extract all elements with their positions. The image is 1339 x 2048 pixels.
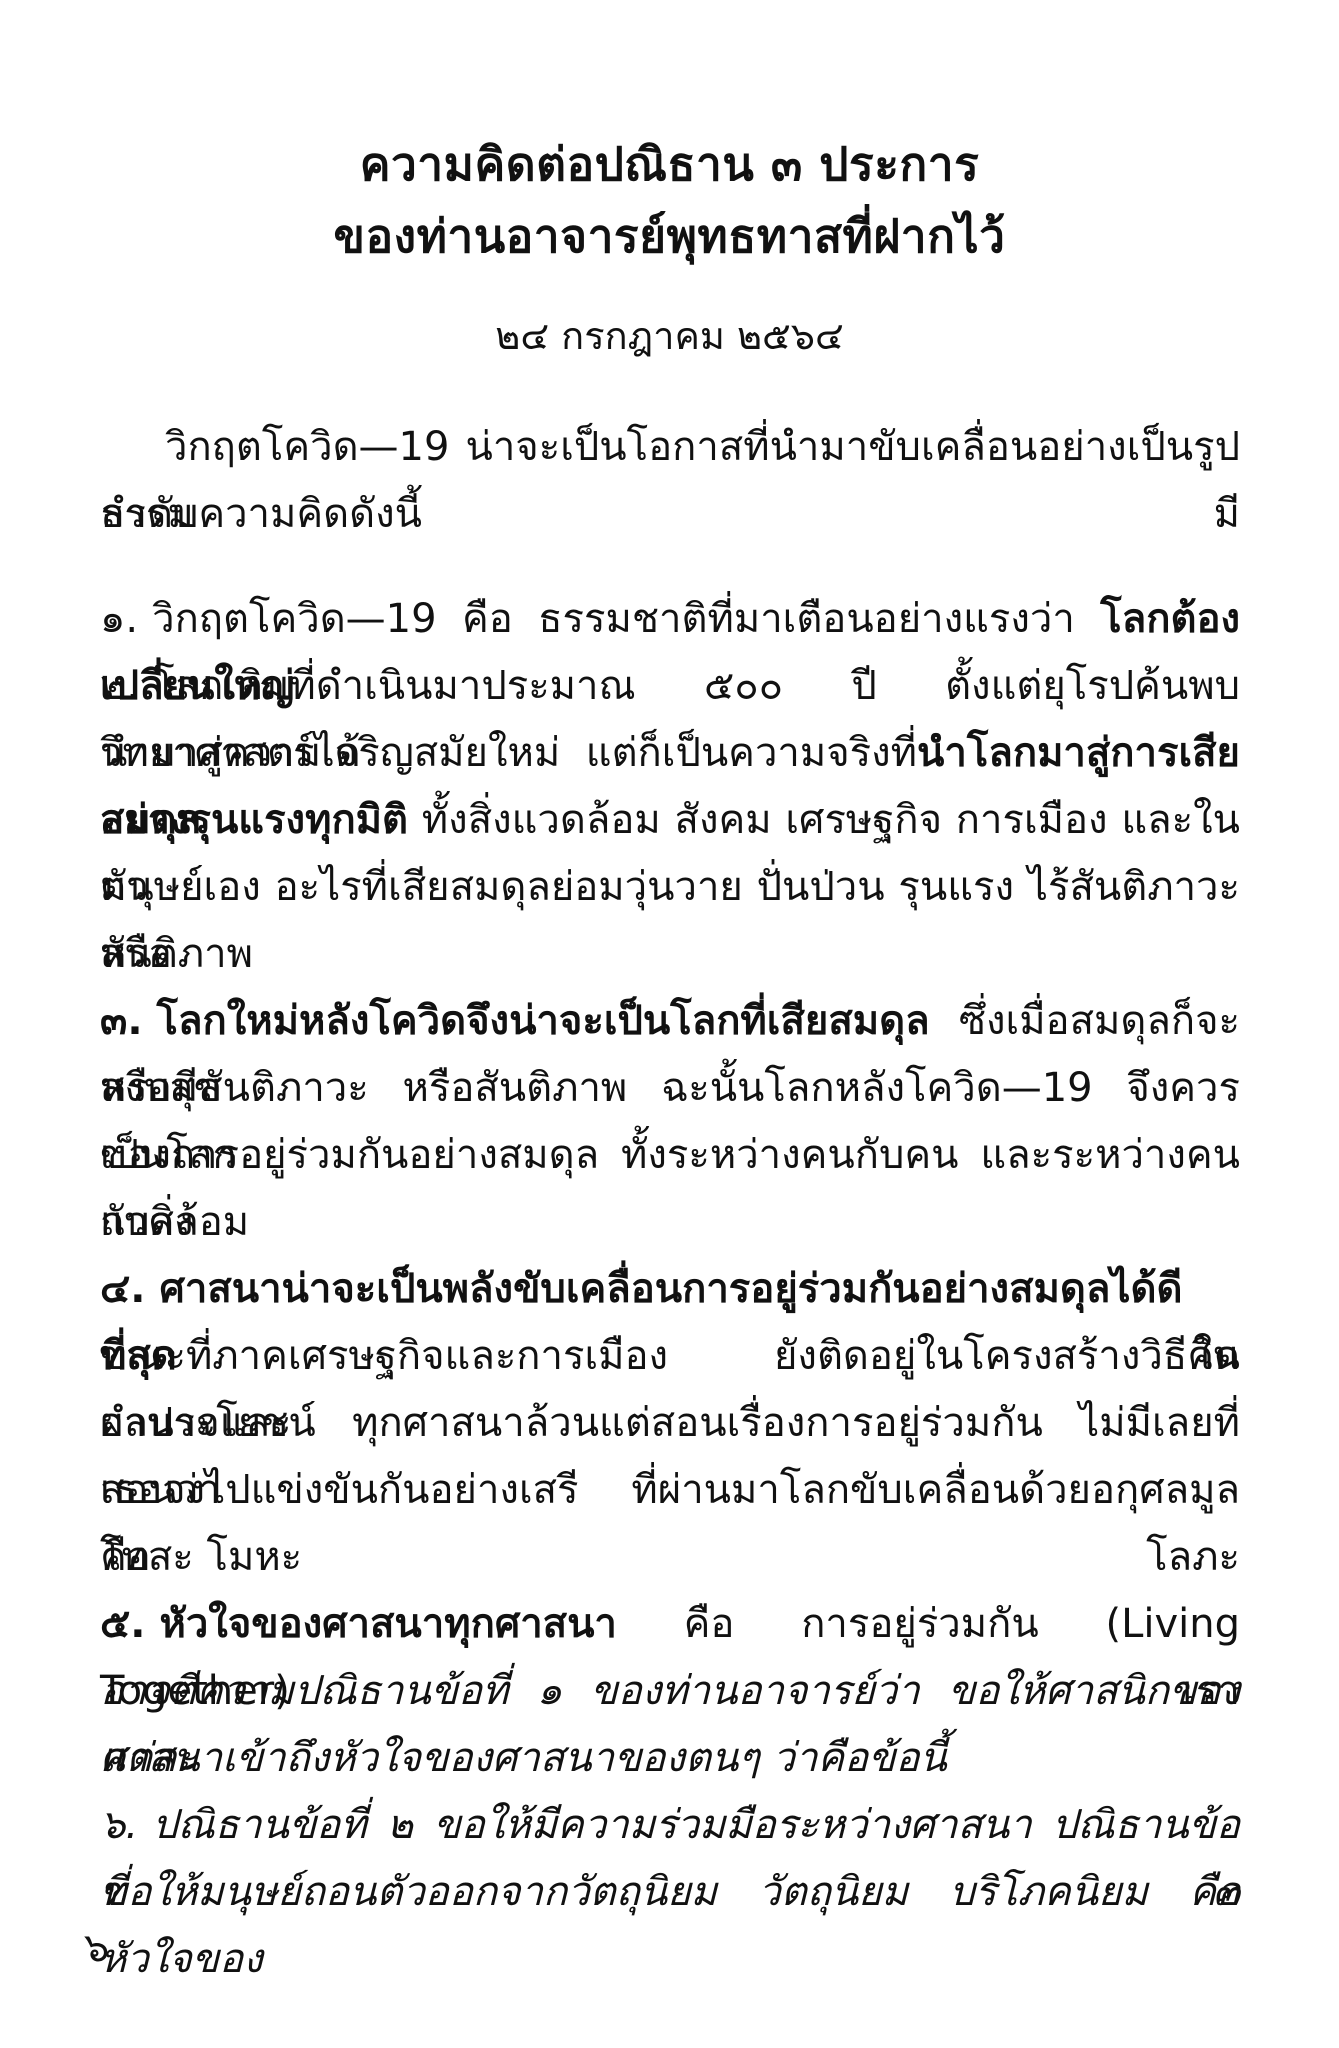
document-date: ๒๔ กรกฎาคม ๒๕๖๔ <box>0 306 1339 366</box>
text-segment: นำมาสู่ความเจริญสมัยใหม่ แต่ก็เป็นความจร… <box>100 730 917 776</box>
page-number: ๖ <box>84 1918 109 1978</box>
item-text-line: แวดล้อม <box>100 1189 1240 1256</box>
item-text-line: หรือมีสันติภาวะ หรือสันติภาพ ฉะนั้นโลกหล… <box>100 1055 1240 1122</box>
item-text-line: ๕.หัวใจของศาสนาทุกศาสนา คือ การอยู่ร่วมก… <box>100 1591 1240 1658</box>
item-text-line: เธอจงไปแข่งขันกันอย่างเสรี ที่ผ่านมาโลกข… <box>100 1457 1240 1524</box>
text-segment: โทสะ โมหะ <box>100 1534 302 1580</box>
text-segment: อย่างรุนแรงทุกมิติ <box>100 797 408 843</box>
text-segment: วิกฤตโควิด—19 คือ ธรรมชาติที่มาเตือนอย่า… <box>152 596 1100 642</box>
item-text-line: ๒.โลกเดิมที่ดำเนินมาประมาณ ๕๐๐ ปี ตั้งแต… <box>100 653 1240 720</box>
item-text-line: ๓.โลกใหม่หลังโควิดจึงน่าจะเป็นโลกที่เสีย… <box>100 988 1240 1055</box>
vertical-spacer <box>100 548 1240 586</box>
text-segment: โลกใหม่หลังโควิดจึงน่าจะเป็นโลกที่เสียสม… <box>157 998 930 1044</box>
text-segment: ขอให้มนุษย์ถอนตัวออกจากวัตถุนิยม วัตถุนิ… <box>100 1869 1240 1982</box>
item-text-line: มนุษย์เอง อะไรที่เสียสมดุลย่อมวุ่นวาย ปั… <box>100 854 1240 921</box>
item-text-line: นำมาสู่ความเจริญสมัยใหม่ แต่ก็เป็นความจร… <box>100 720 1240 787</box>
item-text-line: ผลประโยชน์ ทุกศาสนาล้วนแต่สอนเรื่องการอย… <box>100 1390 1240 1457</box>
item-text-line: ๔.ศาสนาน่าจะเป็นพลังขับเคลื่อนการอยู่ร่ว… <box>100 1256 1240 1323</box>
item-number: ๖. <box>100 1802 138 1848</box>
text-segment: ศาสนาเข้าถึงหัวใจของศาสนาของตนๆ ว่าคือข้… <box>100 1735 947 1781</box>
text-segment: หัวใจของศาสนาทุกศาสนา <box>159 1601 616 1647</box>
item-text-line: ศาสนาเข้าถึงหัวใจของศาสนาของตนๆ ว่าคือข้… <box>100 1725 1240 1792</box>
text-segment: แวดล้อม <box>100 1199 249 1245</box>
item-number: ๔. <box>100 1266 145 1312</box>
item-text-line: อย่างรุนแรงทุกมิติ ทั้งสิ่งแวดล้อม สังคม… <box>100 787 1240 854</box>
item-text-line: ๑.วิกฤตโควิด—19 คือ ธรรมชาติที่มาเตือนอย… <box>100 586 1240 653</box>
item-text-line: ขณะที่ภาคเศรษฐกิจและการเมือง ยังติดอยู่ใ… <box>100 1323 1240 1390</box>
item-number: ๑. <box>100 596 138 642</box>
document-header: ความคิดต่อปณิธาน ๓ ประการ ของท่านอาจารย์… <box>0 0 1339 366</box>
item-text-line: อาจตีความปณิธานข้อที่ ๑ ของท่านอาจารย์ว่… <box>100 1658 1240 1725</box>
paragraph-text-line: วิกฤตโควิด—19 น่าจะเป็นโอกาสที่นำมาขับเค… <box>100 414 1240 481</box>
document-title-line-1: ความคิดต่อปณิธาน ๓ ประการ <box>0 128 1339 200</box>
document-title-line-2: ของท่านอาจารย์พุทธทาสที่ฝากไว้ <box>0 200 1339 272</box>
item-text-line: ขอให้มนุษย์ถอนตัวออกจากวัตถุนิยม วัตถุนิ… <box>100 1859 1240 1926</box>
item-number: ๕. <box>100 1601 145 1647</box>
document-body: วิกฤตโควิด—19 น่าจะเป็นโอกาสที่นำมาขับเค… <box>100 414 1240 1926</box>
item-number: ๓. <box>100 998 143 1044</box>
text-segment: ลำดับความคิดดังนี้ <box>100 491 422 537</box>
item-text-line: ของการอยู่ร่วมกันอย่างสมดุล ทั้งระหว่างค… <box>100 1122 1240 1189</box>
item-number: ๒. <box>100 663 139 709</box>
item-text-line: สันติภาพ <box>100 921 1240 988</box>
item-text-line: ๖.ปณิธานข้อที่ ๒ ขอให้มีความร่วมมือระหว่… <box>100 1792 1240 1859</box>
document-page: ความคิดต่อปณิธาน ๓ ประการ ของท่านอาจารย์… <box>0 0 1339 2048</box>
text-segment: สันติภาพ <box>100 931 253 977</box>
